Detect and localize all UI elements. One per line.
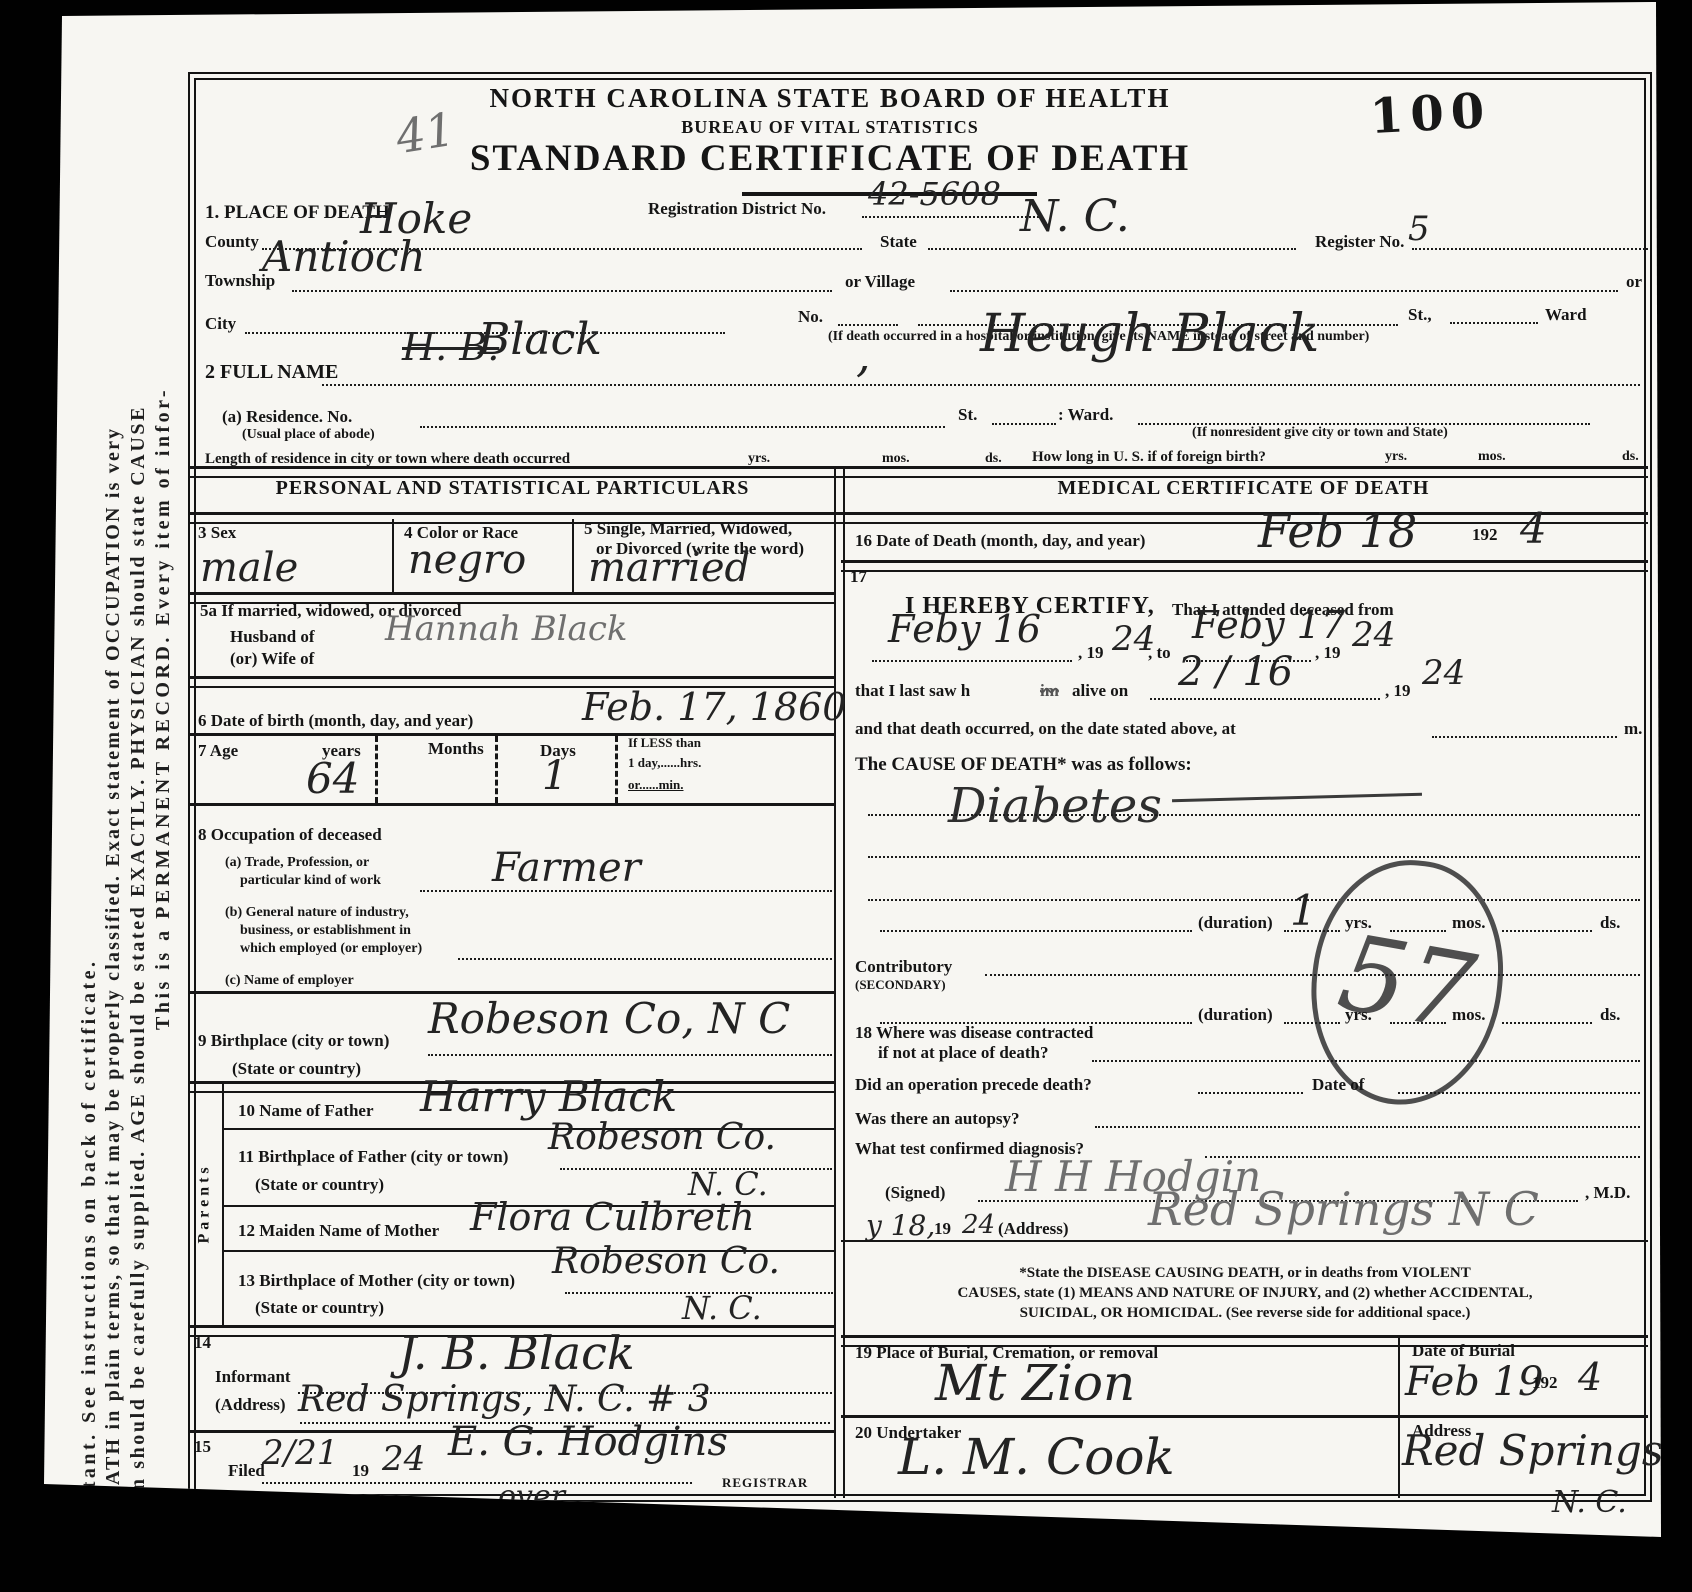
- township-value: Antioch: [262, 236, 426, 278]
- last-saw-scribbled: im: [1040, 682, 1059, 700]
- dotted-line: [322, 382, 1640, 386]
- board-title: NORTH CAROLINA STATE BOARD OF HEALTH: [330, 84, 1330, 112]
- f15-number: 15: [194, 1438, 211, 1456]
- signed-date-year: 24: [962, 1212, 995, 1238]
- duration2-label: (duration): [1198, 1006, 1273, 1024]
- dotted-line: [872, 658, 1072, 662]
- certificate-title: STANDARD CERTIFICATE OF DEATH: [330, 140, 1330, 179]
- undertaker-value: L. M. Cook: [898, 1432, 1175, 1482]
- age-less-label-1: If LESS than: [628, 736, 701, 750]
- county-label: County: [205, 233, 259, 251]
- occupation-b-label-3: which employed (or employer): [240, 942, 422, 957]
- sex-value: male: [200, 548, 298, 588]
- abode-note: (Usual place of abode): [242, 428, 375, 443]
- signed-year-prefix: 19: [934, 1220, 951, 1238]
- undertaker-address-value-2: N. C.: [1552, 1488, 1627, 1518]
- dotted-line: [1432, 734, 1617, 738]
- margin-note-line-3: OF DEATH in plain terms, so that it may …: [102, 427, 125, 1556]
- f14-number: 14: [194, 1334, 211, 1352]
- cell-divider: [572, 519, 574, 592]
- mother-name-value: Flora Culbreth: [470, 1198, 755, 1236]
- dotted-line: [950, 288, 1618, 292]
- dotted-line: [928, 246, 1296, 250]
- dotted-line: [1390, 1020, 1446, 1024]
- last-saw-label-2: alive on: [1072, 682, 1128, 700]
- dotted-line: [1502, 1020, 1592, 1024]
- husband-of-label: Husband of: [230, 628, 315, 646]
- residence-label: (a) Residence. No.: [222, 408, 352, 426]
- registration-district-label: Registration District No.: [648, 200, 826, 218]
- to-year-value: 24: [1352, 618, 1395, 652]
- dotted-line: [1198, 1090, 1303, 1094]
- age-days-value: 1: [542, 756, 567, 796]
- to-label: , to: [1148, 644, 1171, 662]
- registrar-label: REGISTRAR: [722, 1476, 808, 1490]
- margin-note-line-4: important. See instructions on back of c…: [78, 958, 101, 1558]
- address-label: (Address): [998, 1220, 1069, 1238]
- duration-mos-label: mos.: [1452, 914, 1486, 932]
- duration2-yrs-label: yrs.: [1345, 1006, 1372, 1024]
- dotted-line: [838, 322, 898, 326]
- dotted-line: [880, 928, 1192, 932]
- city-no-label: No.: [798, 308, 823, 326]
- birthplace-note: (State or country): [232, 1060, 361, 1078]
- dotted-line: [1284, 1020, 1340, 1024]
- paper-sheet: This is a PERMANENT RECORD. Every item o…: [0, 0, 1692, 1592]
- city-label: City: [205, 315, 236, 333]
- mother-birthplace-label: 13 Birthplace of Mother (city or town): [238, 1272, 515, 1290]
- informant-address-label: (Address): [215, 1396, 286, 1414]
- mos2-label: mos.: [1478, 450, 1506, 465]
- dotted-line: [1390, 928, 1446, 932]
- mother-birthplace-state: N. C.: [682, 1292, 762, 1324]
- filed-date-value: 2/21: [262, 1436, 338, 1470]
- burial-year-prefix: 192: [1532, 1374, 1558, 1392]
- footnote-line-2: CAUSES, state (1) MEANS AND NATURE OF IN…: [855, 1286, 1635, 1302]
- marital-label-1: 5 Single, Married, Widowed,: [584, 520, 792, 538]
- dotted-line: [1284, 928, 1340, 932]
- f18-label-2: if not at place of death?: [878, 1044, 1048, 1062]
- death-year-prefix: 192: [1472, 526, 1498, 544]
- dotted-line: [1095, 1124, 1640, 1128]
- duration-yrs-label: yrs.: [1345, 914, 1372, 932]
- scanned-death-certificate: This is a PERMANENT RECORD. Every item o…: [0, 0, 1692, 1592]
- duration2-mos-label: mos.: [1452, 1006, 1486, 1024]
- father-name-value: Harry Black: [420, 1076, 677, 1118]
- dashed-cell-divider: [615, 736, 618, 803]
- to-year-prefix: , 19: [1315, 644, 1341, 662]
- f18-label-1: 18 Where was disease contracted: [855, 1024, 1093, 1042]
- contributory-label: Contributory: [855, 958, 952, 976]
- burial-place-value: Mt Zion: [935, 1358, 1135, 1408]
- death-year-value: 4: [1520, 508, 1547, 550]
- or-village-label: or Village: [845, 273, 915, 291]
- dob-label: 6 Date of birth (month, day, and year): [198, 712, 473, 730]
- age-less-label-3: or......min.: [628, 778, 684, 792]
- occupation-a-label-1: (a) Trade, Profession, or: [225, 856, 369, 871]
- dotted-line: [1150, 696, 1380, 700]
- row-divider: [190, 803, 834, 806]
- certificate-stamp-number: 100: [1369, 87, 1493, 141]
- occupation-value: Farmer: [492, 848, 641, 888]
- personal-column-header: PERSONAL AND STATISTICAL PARTICULARS: [190, 478, 835, 499]
- medical-column-header: MEDICAL CERTIFICATE OF DEATH: [841, 478, 1646, 499]
- dotted-line: [428, 1052, 832, 1056]
- city-ward-label: Ward: [1545, 306, 1587, 324]
- autopsy-label: Was there an autopsy?: [855, 1110, 1020, 1128]
- dashed-cell-divider: [495, 736, 498, 803]
- informant-value: J. B. Black: [398, 1330, 635, 1376]
- footnote-line-3: SUICIDAL, OR HOMICIDAL. (See reverse sid…: [855, 1306, 1635, 1322]
- birthplace-label: 9 Birthplace (city or town): [198, 1032, 389, 1050]
- mother-birthplace-note: (State or country): [255, 1299, 384, 1317]
- marital-value: married: [588, 548, 750, 588]
- dotted-line: [292, 288, 832, 292]
- dashed-cell-divider: [375, 736, 378, 803]
- age-months-label: Months: [428, 740, 484, 758]
- date-of-death-value: Feb 18: [1258, 508, 1417, 554]
- father-birthplace-value: Robeson Co.: [548, 1120, 776, 1156]
- row-divider: [841, 560, 1648, 572]
- informant-address-value: Red Springs, N. C. # 3: [298, 1382, 711, 1418]
- signed-label: (Signed): [885, 1184, 945, 1202]
- occupation-a-label-2: particular kind of work: [240, 874, 381, 889]
- occupation-b-label-2: business, or establishment in: [240, 924, 411, 939]
- birthplace-value: Robeson Co, N C: [428, 998, 790, 1040]
- full-name-comma: ,: [856, 332, 871, 378]
- age-label: 7 Age: [198, 742, 238, 760]
- footnote-line-1: *State the DISEASE CAUSING DEATH, or in …: [855, 1266, 1635, 1282]
- father-name-label: 10 Name of Father: [238, 1102, 374, 1120]
- foreign-birth-label: How long in U. S. if of foreign birth?: [1032, 450, 1266, 466]
- physician-address-value: Red Springs N C: [1148, 1186, 1539, 1232]
- last-saw-value: 2 / 16: [1178, 652, 1293, 692]
- f17-number: 17: [850, 568, 867, 586]
- dotted-line: [1502, 928, 1592, 932]
- margin-note-line-1: This is a PERMANENT RECORD. Every item o…: [152, 387, 175, 1030]
- state-value: N. C.: [1020, 195, 1130, 239]
- signed-date-fragment: y 18,: [866, 1212, 935, 1240]
- cause-of-death-label: The CAUSE OF DEATH* was as follows:: [855, 755, 1192, 775]
- ds-label: ds.: [985, 452, 1002, 467]
- from-year-prefix: , 19: [1078, 644, 1104, 662]
- dotted-line: [420, 424, 945, 428]
- row-divider: [841, 1240, 1648, 1242]
- dotted-line: [868, 854, 1640, 858]
- color-race-value: negro: [408, 540, 526, 580]
- secondary-label: (SECONDARY): [855, 978, 946, 992]
- occupation-b-label-1: (b) General nature of industry,: [225, 906, 409, 921]
- register-no-label: Register No.: [1315, 233, 1404, 251]
- sex-label: 3 Sex: [198, 524, 236, 542]
- residence-ward-label: : Ward.: [1058, 406, 1113, 424]
- duration2-ds-label: ds.: [1600, 1006, 1620, 1024]
- row-divider: [190, 733, 834, 736]
- informant-label: Informant: [215, 1368, 291, 1386]
- dotted-line: [420, 888, 832, 892]
- duration-value: 1: [1290, 890, 1317, 932]
- dotted-line: [458, 956, 832, 960]
- duration-ds-label: ds.: [1600, 914, 1620, 932]
- registrar-signature: E. G. Hodgins: [448, 1422, 728, 1462]
- last-saw-label-1: that I last saw h: [855, 682, 970, 700]
- cell-divider: [392, 519, 394, 592]
- dotted-line: [868, 897, 1640, 901]
- attended-to-value: Feby 17: [1192, 606, 1345, 644]
- residence-st-label: St.: [958, 406, 977, 424]
- spouse-value: Hannah Black: [385, 612, 627, 646]
- bureau-subtitle: BUREAU OF VITAL STATISTICS: [330, 118, 1330, 137]
- filed-year-value: 24: [382, 1442, 425, 1476]
- dotted-line: [1398, 1090, 1640, 1094]
- wife-of-label: (or) Wife of: [230, 650, 314, 668]
- dotted-line: [862, 214, 1042, 218]
- m-label: m.: [1624, 720, 1642, 738]
- undertaker-address-value-1: Red Springs: [1402, 1430, 1663, 1472]
- age-less-label-2: 1 day,......hrs.: [628, 756, 701, 770]
- employer-label: (c) Name of employer: [225, 974, 354, 989]
- dotted-line: [868, 812, 1640, 816]
- cause-of-death-value: Diabetes: [948, 782, 1162, 830]
- row-divider: [841, 1415, 1648, 1418]
- mos-label: mos.: [882, 452, 910, 467]
- last-saw-year-prefix: , 19: [1385, 682, 1411, 700]
- dotted-line: [262, 1480, 692, 1484]
- attended-from-value: Feby 16: [888, 610, 1041, 648]
- nonresident-note: (If nonresident give city or town and St…: [1192, 426, 1448, 441]
- date-of-death-label: 16 Date of Death (month, day, and year): [855, 532, 1145, 550]
- parents-vertical-label: Parents: [197, 1108, 214, 1298]
- father-birthplace-label: 11 Birthplace of Father (city or town): [238, 1148, 508, 1166]
- occupation-label: 8 Occupation of deceased: [198, 826, 382, 844]
- full-name-label: 2 FULL NAME: [205, 362, 338, 383]
- mother-birthplace-value: Robeson Co.: [552, 1244, 780, 1280]
- city-st-label: St.,: [1408, 306, 1432, 324]
- yrs-label: yrs.: [748, 452, 770, 467]
- yrs2-label: yrs.: [1385, 450, 1407, 465]
- last-saw-year-value: 24: [1422, 656, 1465, 690]
- mother-name-label: 12 Maiden Name of Mother: [238, 1222, 439, 1240]
- dotted-line: [985, 972, 1640, 976]
- date-of-label: Date of: [1312, 1076, 1364, 1094]
- operation-label: Did an operation precede death?: [855, 1076, 1092, 1094]
- death-occurred-label: and that death occurred, on the date sta…: [855, 720, 1236, 738]
- state-label: State: [880, 233, 917, 251]
- father-birthplace-note: (State or country): [255, 1176, 384, 1194]
- pencil-number: 41: [393, 106, 458, 161]
- dotted-line: [1450, 320, 1538, 324]
- dotted-line: [1205, 1154, 1640, 1158]
- over-note: over: [498, 1482, 565, 1512]
- burial-date-value: Feb 19: [1405, 1362, 1543, 1402]
- filed-year-prefix: 19: [352, 1462, 369, 1480]
- burial-year-value: 4: [1578, 1358, 1602, 1396]
- dob-value: Feb. 17, 1860: [582, 688, 846, 726]
- age-years-value: 64: [306, 758, 359, 800]
- md-label: , M.D.: [1585, 1184, 1630, 1202]
- margin-note-line-2: mation should be carefully supplied. AGE…: [127, 405, 150, 1552]
- duration-label: (duration): [1198, 914, 1273, 932]
- dotted-line: [1092, 1058, 1640, 1062]
- full-name-corrected: Heugh Black: [980, 308, 1319, 360]
- parents-cell-divider: [222, 1081, 224, 1327]
- or-suffix: or: [1626, 273, 1642, 291]
- registration-district-value: 42-5608: [868, 178, 1001, 210]
- full-name-surname: Black: [478, 318, 602, 362]
- filed-label: Filed: [228, 1462, 265, 1480]
- burial-date-label: Date of Burial: [1412, 1342, 1515, 1360]
- dotted-line: [1412, 246, 1648, 250]
- dotted-line: [992, 421, 1056, 425]
- register-no-value: 5: [1408, 212, 1430, 246]
- ds2-label: ds.: [1622, 450, 1639, 465]
